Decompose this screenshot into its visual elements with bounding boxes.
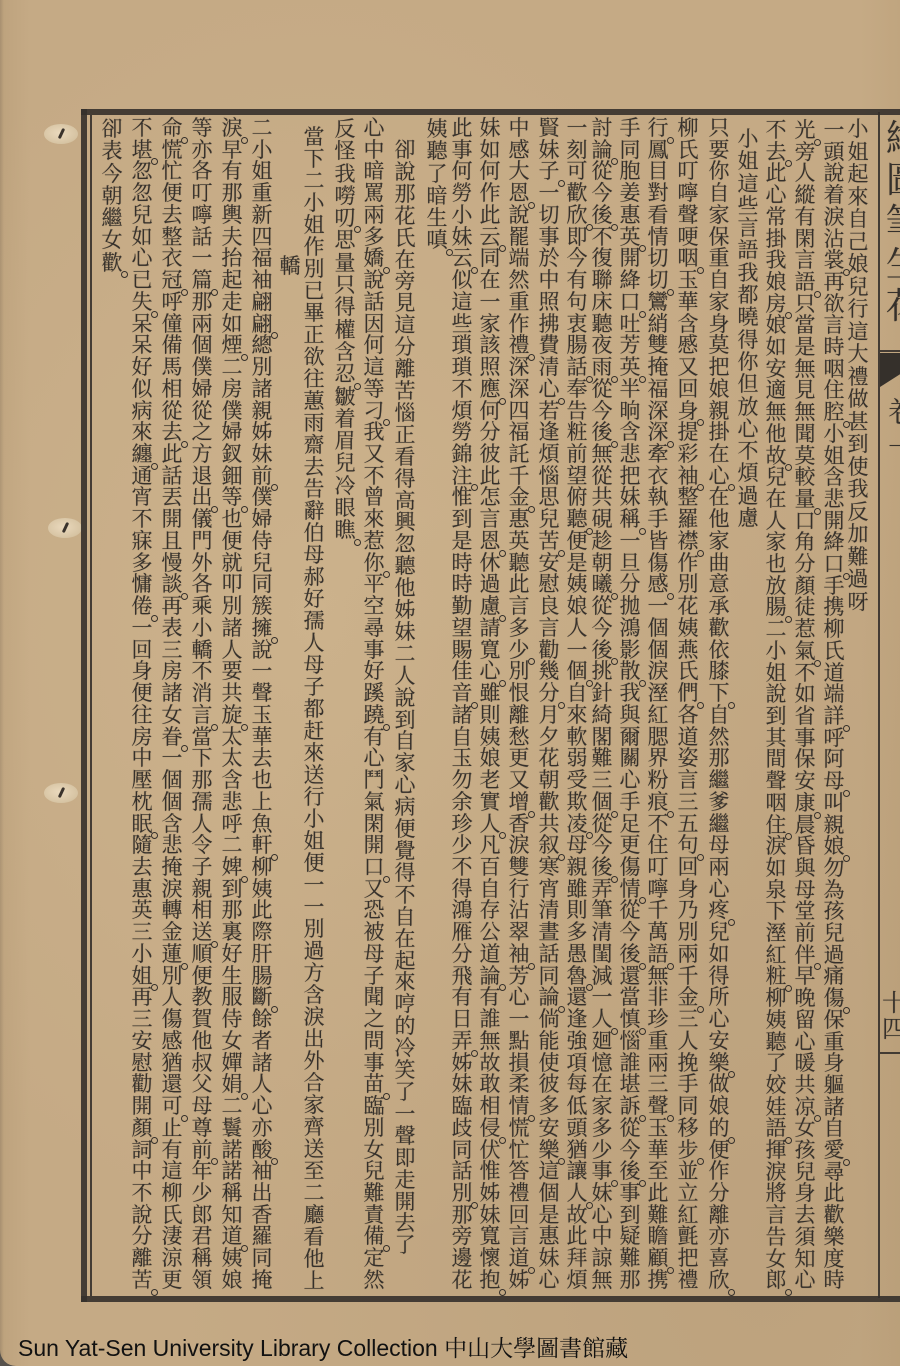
text-column-verse: 一刻可歡欣。即今有句衷腸話。奉告粧前望俯聽。便是姨娘人一個。自來軟弱受欺凌。母親… <box>563 118 591 1292</box>
text-column-verse: 反怪我嘮叨。思量只得權含忍。皺着眉兒冷眼瞧。 <box>331 118 359 542</box>
punctuation-circle: 。 <box>151 1289 158 1296</box>
text-column-verse: 此事何勞小妹云。似這些瑣瑣不煩勞錦注。惟到是時時勤望賜佳音。諸自玉勿余珍少不得鴻… <box>448 118 476 1292</box>
binding-hole <box>48 518 82 538</box>
text-column-verse: 不去。此心常掛我娘房。娘如安適無他故。兒在人家也放腸。二小姐說到其間聲咽住。淚如… <box>762 120 790 1292</box>
text-column-verse: 中感大恩。說罷端然重作禮。深深四福託千金。惠英聽此言多少。別恨離愁更又增。香淚雙… <box>505 118 533 1292</box>
text-column-verse: 不堪。忽忽兒如心已失。呆呆好似病來纏。通宵不寐多慵倦。一回身便往房中壓枕眠。隨去… <box>128 118 156 1292</box>
punctuation-circle: 。 <box>354 539 361 546</box>
text-column-verse: 討論。從今後。不復聯床聽夜雨。從今後。無從共硯趁朝曦。從今後。挑針綺閣難三個。從… <box>588 118 616 1292</box>
text-column-verse: 一頭說着淚沾裳。再欲言時咽住腔。小姐含悲開絳口。手携柳氏道端詳。呼阿母。叫親娘。… <box>820 120 848 1292</box>
text-column-prose: 當下二小姐作別已畢正欲往蕙雨齋去告辭伯母郝好孺人母子都赶來送行小姐便一一別過方含… <box>300 126 328 1292</box>
punctuation-circle: 。 <box>785 1289 792 1296</box>
margin-page-number: 十四 <box>880 990 900 1042</box>
text-column-verse: 柳氏叮嚀聲哽咽。玉華含慼又回身。提彩袖。整羅襟。作別花姨燕氏們。各道姿言三五句。… <box>674 118 702 1292</box>
text-column-verse: 手同胞姜惠英。開絳口。吐芳英。半晌含悲把妹稱。一旦分拋鴻影散。我與爾關心手足更傷… <box>616 118 644 1292</box>
binding-hole <box>44 124 78 144</box>
fishtail-mark-icon <box>880 353 900 389</box>
center-fold-rule <box>878 112 880 1298</box>
text-column-verse: 行。鳳目對看情切切。鸞綃雙掩福深深。牽衣執手皆傷感。一個個淚溼紅腮界粉痕。不住叮… <box>644 118 672 1292</box>
library-collection-caption: Sun Yat-Sen University Library Collectio… <box>18 1330 628 1363</box>
frame-left-inner-rule <box>90 115 92 1296</box>
text-column-verse: 等亦各叮嚀話一篇。那兩個僕婦從之方退出。儀門外各乘小轎不消言。當下那孺人令子親相… <box>188 118 216 1292</box>
scanned-book-page: 繪圖筆生花 卷一 十四 小姐起來自己娘兒行這大禮做甚到使我反加難過呀 一頭說着淚… <box>0 0 900 1366</box>
text-column-prose: 小姐這些言語我都曉得你但放心不煩過慮 <box>734 128 762 529</box>
text-column-prose: 轎 <box>276 255 304 277</box>
text-column-verse: 只要你自家保重自家身莫把娘親掛在心。在他家曲意承歡依膝下。自然那繼爹繼母兩心疼。… <box>705 118 733 1292</box>
text-column-prose: 卻說那花氏在旁見這分離苦惱正看得高興忽聽他姊妹二人說到自家心病便覺得不自在起來哼… <box>391 140 419 1258</box>
fishtail-top-rule <box>880 350 900 352</box>
text-column-verse: 光。旁人縱有閑言語。只當是無見無聞莫較量。口角分顏徒惹氣。不如省事保安康。晨昏與… <box>791 120 819 1292</box>
punctuation-circle: 。 <box>121 271 128 278</box>
frame-top-rule <box>81 109 900 115</box>
text-column-verse: 淚。早有那輿夫抬起走如煙。二房僕婦釵鈿等。也便就叩別諸人要共旋。太太含悲呼二婢。… <box>218 118 246 1292</box>
text-column-verse: 賢妹子。一切事於中照拂費清心。若逢煩惱思兒苦。安慰良言勸幾分。月夕花朝歡共叙。寒… <box>535 118 563 1292</box>
text-column-verse: 妹如何作此云。同在一家該照應。何分彼此怎言恩。休過慮。請寬心。雖則姨娘老實人。凡… <box>476 118 504 1292</box>
text-column-verse: 命。慌忙便去整衣冠。呼僮備馬相從去。此話丟開且慢談。再表三房諸女眷。一個個含悲掩… <box>158 118 186 1292</box>
frame-left-outer-rule <box>81 109 87 1302</box>
punctuation-circle: 。 <box>446 249 453 256</box>
text-column-verse: 姨聽了暗生嗔。 <box>423 118 451 252</box>
punctuation-circle: 。 <box>499 1289 506 1296</box>
frame-bottom-rule <box>81 1296 900 1302</box>
text-column-verse: 心中暗罵兩多嬌。說話因何這等刁。我又不曾來惹你。平空尋事好蹊蹺。有心鬥氣閑開口。… <box>360 118 388 1292</box>
punctuation-circle: 。 <box>728 1289 735 1296</box>
text-column-verse: 二小姐重新四福袖翩翩。總別諸親姊妹前。僕婦侍兒同簇擁。說一聲玉華去也上魚軒。柳姨… <box>248 118 276 1292</box>
text-column-prose: 小姐起來自己娘兒行這大禮做甚到使我反加難過呀 <box>844 118 872 613</box>
margin-volume-label: 卷一 <box>885 395 900 467</box>
page-number-rule <box>880 1052 900 1054</box>
binding-hole <box>44 783 78 803</box>
margin-book-title: 繪圖筆生花 <box>884 118 900 328</box>
text-column-verse: 卻表今朝繼女歡。 <box>98 118 126 274</box>
